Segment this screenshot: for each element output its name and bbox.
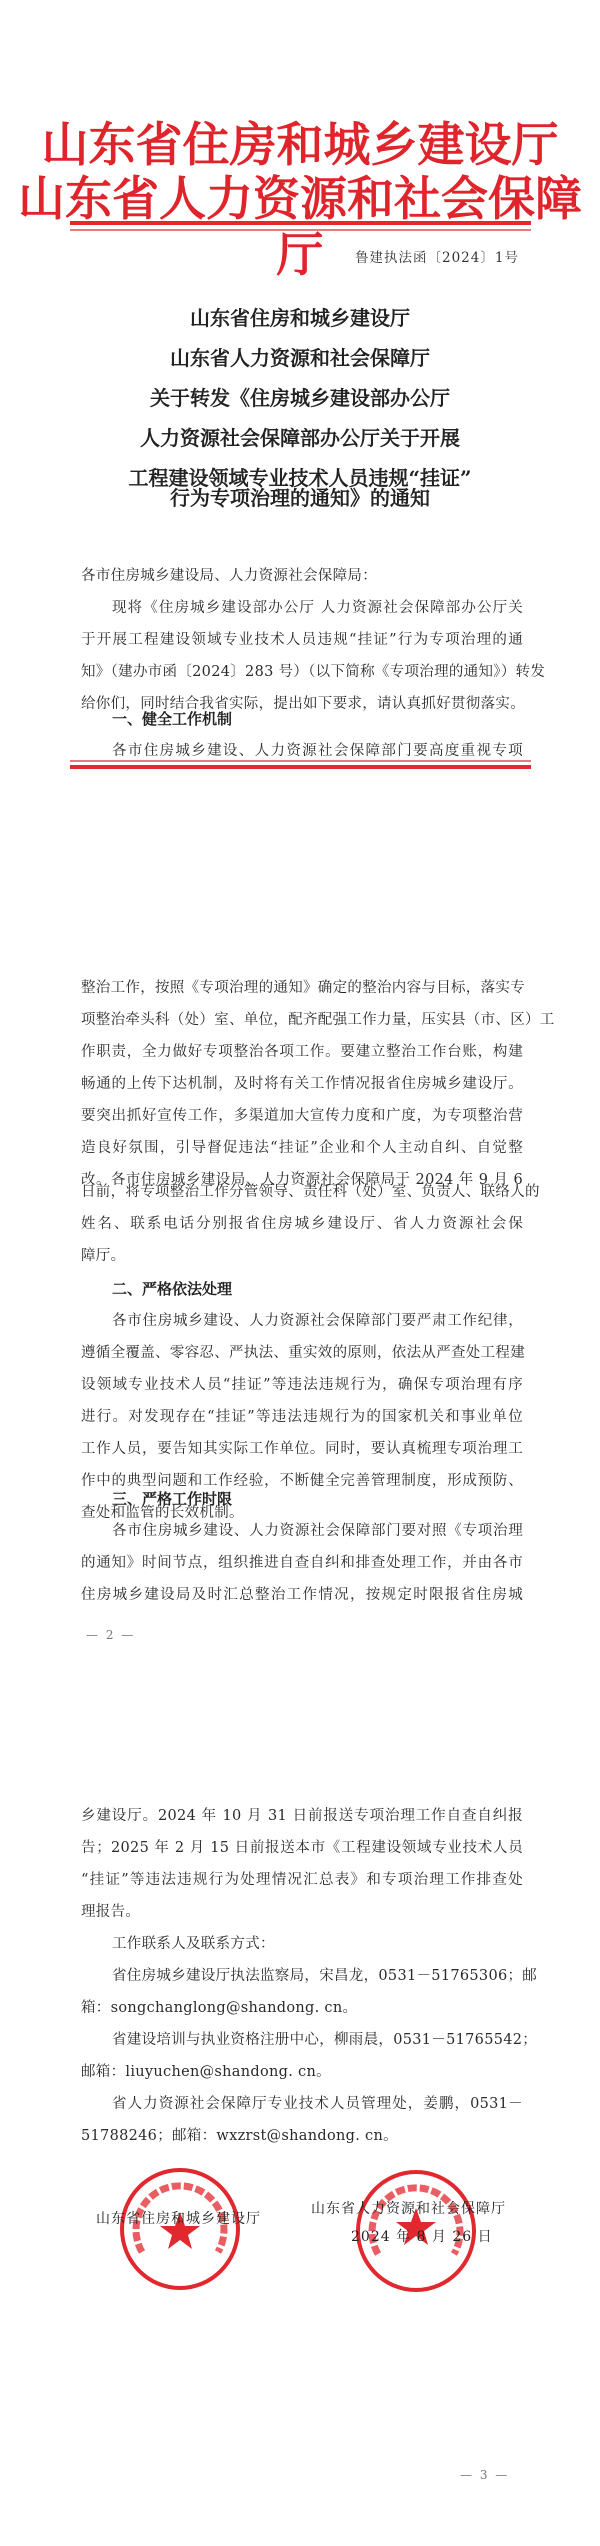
letterhead-org-1: 山东省住房和城乡建设厅 [0,118,600,174]
contact-email-link[interactable]: 箱：songchanglong@shandong. cn。 [81,1992,523,2024]
paragraph-line: 项整治牵头科（处）室、单位，配齐配强工作力量，压实县（市、区）工 [81,1004,523,1036]
paragraph-line: 各市住房城乡建设、人力资源社会保障部门要高度重视专项 [112,735,523,767]
paragraph-line: 整治工作，按照《专项治理的通知》确定的整治内容与目标，落实专 [81,972,523,1004]
paragraph-line: 知》（建办市函〔2024〕283 号）（以下简称《专项治理的通知》）转发 [81,656,523,688]
letterhead-org-2: 山东省人力资源和社会保障厅 [0,172,600,284]
paragraph-line: “挂证”等违法违规行为处理情况汇总表》和专项治理工作排查处 [81,1864,523,1896]
paragraph-line: 各市住房城乡建设、人力资源社会保障部门要对照《专项治理 [112,1515,523,1547]
paragraph-line: 的通知》时间节点，组织推进自查自纠和排查处理工作，并由各市 [81,1547,523,1579]
paragraph-line: 作职责，全力做好专项整治各项工作。要建立整治工作台账，构建 [81,1036,523,1068]
paragraph-line: 告；2025 年 2 月 15 日前报送本市《工程建设领域专业技术人员 [81,1832,523,1864]
signature-org-left: 山东省住房和城乡建设厅 [96,2208,261,2228]
page-number-3: — 3 — [460,2468,509,2482]
official-seal-housing [120,2168,240,2290]
subject-line: 行为专项治理的通知》的通知 [0,478,600,518]
section-1-heading: 一、健全工作机制 [112,703,232,735]
paragraph-line: 理报告。 [81,1896,523,1928]
section-3-heading: 三、严格工作时限 [112,1483,232,1515]
paragraph-line: 遵循全覆盖、零容忍、严执法、重实效的原则，依法从严查处工程建 [81,1337,523,1369]
section-2-heading: 二、严格依法处理 [112,1273,232,1305]
paragraph-line: 于开展工程建设领域专业技术人员违规“挂证”行为专项治理的通 [81,624,523,656]
contact-line: 省建设培训与执业资格注册中心，柳雨晨，0531－51765542； [112,2024,523,2056]
subject-line: 山东省住房和城乡建设厅 [0,298,600,338]
footer-rule-thin [70,760,531,762]
paragraph-line: 畅通的上传下达机制，及时将有关工作情况报省住房城乡建设厅。 [81,1068,523,1100]
paragraph-line: 现将《住房城乡建设部办公厅 人力资源社会保障部办公厅关 [112,592,523,624]
footer-rule-thick [70,765,531,769]
header-rule-thick [70,221,531,225]
paragraph-line: 进行。对发现存在“挂证”等违法违规行为的国家机关和事业单位 [81,1401,523,1433]
header-rule-thin [70,229,531,231]
contacts-title: 工作联系人及联系方式： [112,1928,523,1960]
contact-email-link[interactable]: 51788246；邮箱：wxzrst@shandong. cn。 [81,2120,523,2152]
paragraph-line: 设领域专业技术人员“挂证”等违法违规行为，确保专项治理有序 [81,1369,523,1401]
contact-line: 省人力资源社会保障厅专业技术人员管理处，姜鹏，0531－ [112,2088,523,2120]
seal-star-icon [124,2172,236,2286]
paragraph-line: 住房城乡建设局及时汇总整治工作情况，按规定时限报省住房城 [81,1579,523,1611]
paragraph-line: 造良好氛围，引导督促违法“挂证”企业和个人主动自纠、自觉整 [81,1132,523,1164]
signature-org-right: 山东省人力资源和社会保障厅 [311,2198,506,2218]
paragraph-line: 要突出抓好宣传工作，多渠道加大宣传力度和广度，为专项整治营 [81,1100,523,1132]
paragraph-line: 姓名、联系电话分别报省住房城乡建设厅、省人力资源社会保 [81,1208,523,1240]
paragraph-line: 日前，将专项整治工作分管领导、责任科（处）室、负责人、联络人的 [81,1176,523,1208]
paragraph-line: 工作人员，要告知其实际工作单位。同时，要认真梳理专项治理工 [81,1433,523,1465]
document-number: 鲁建执法函〔2024〕1号 [355,246,519,266]
subject-line: 山东省人力资源和社会保障厅 [0,338,600,378]
paragraph-line: 乡建设厅。2024 年 10 月 31 日前报送专项治理工作自查自纠报 [81,1800,523,1832]
contact-email-link[interactable]: 邮箱：liuyuchen@shandong. cn。 [81,2056,523,2088]
contact-line: 省住房城乡建设厅执法监察局，宋昌龙，0531－51765306；邮 [112,1960,523,1992]
paragraph-line: 各市住房城乡建设、人力资源社会保障部门要严肃工作纪律， [112,1305,523,1337]
salutation: 各市住房城乡建设局、人力资源社会保障局： [81,560,523,592]
subject-line: 关于转发《住房城乡建设部办公厅 [0,378,600,418]
signature-date: 2024 年 8 月 26 日 [351,2226,493,2246]
paragraph-line: 障厅。 [81,1240,523,1272]
page-number-2: — 2 — [86,1628,135,1642]
subject-line: 人力资源社会保障部办公厅关于开展 [0,418,600,458]
